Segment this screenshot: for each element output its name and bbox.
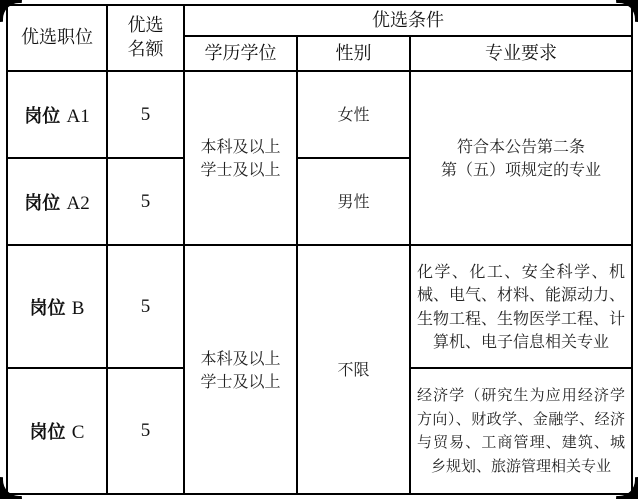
header-major: 专业要求 — [410, 36, 632, 71]
table-row: 岗位 B 5 本科及以上 学士及以上 不限 化学、化工、安全科学、机械、电气、材… — [7, 245, 632, 368]
quota-cell: 5 — [107, 368, 184, 494]
position-cell: 岗位 A2 — [7, 158, 107, 245]
major-line1: 符合本公告第二条 — [411, 135, 631, 158]
major-cell: 符合本公告第二条 第（五）项规定的专业 — [410, 71, 632, 245]
header-quota: 优选 名额 — [107, 5, 184, 71]
quota-cell: 5 — [107, 71, 184, 158]
position-code: C — [72, 422, 85, 443]
education-line2: 学士及以上 — [185, 158, 296, 181]
major-cell-b: 化学、化工、安全科学、机械、电气、材料、能源动力、生物工程、生物医学工程、计算机… — [410, 245, 632, 368]
recruitment-table: 优选职位 优选 名额 优选条件 学历学位 性别 专业要求 岗位 A1 5 本科及… — [6, 4, 633, 495]
position-prefix: 岗位 — [24, 193, 60, 214]
education-cell: 本科及以上 学士及以上 — [184, 245, 297, 494]
education-line1: 本科及以上 — [185, 347, 296, 370]
position-cell: 岗位 B — [7, 245, 107, 368]
table-row: 岗位 A1 5 本科及以上 学士及以上 女性 符合本公告第二条 第（五）项规定的… — [7, 71, 632, 158]
position-code: A1 — [67, 106, 90, 127]
header-gender: 性别 — [297, 36, 410, 71]
position-cell: 岗位 A1 — [7, 71, 107, 158]
gender-cell: 女性 — [297, 71, 410, 158]
quota-cell: 5 — [107, 158, 184, 245]
header-quota-line1: 优选 — [108, 14, 183, 38]
header-position: 优选职位 — [7, 5, 107, 71]
position-code: B — [72, 298, 85, 319]
position-prefix: 岗位 — [24, 106, 60, 127]
education-cell: 本科及以上 学士及以上 — [184, 71, 297, 245]
position-code: A2 — [67, 193, 90, 214]
header-quota-line2: 名额 — [108, 38, 183, 62]
header-conditions: 优选条件 — [184, 5, 632, 36]
position-prefix: 岗位 — [30, 298, 66, 319]
major-line2: 第（五）项规定的专业 — [411, 158, 631, 181]
gender-cell: 男性 — [297, 158, 410, 245]
gender-cell: 不限 — [297, 245, 410, 494]
position-prefix: 岗位 — [30, 422, 66, 443]
education-line1: 本科及以上 — [185, 135, 296, 158]
header-education: 学历学位 — [184, 36, 297, 71]
quota-cell: 5 — [107, 245, 184, 368]
major-cell-c: 经济学（研究生为应用经济学方向）、财政学、金融学、经济与贸易、工商管理、建筑、城… — [410, 368, 632, 494]
position-cell: 岗位 C — [7, 368, 107, 494]
education-line2: 学士及以上 — [185, 370, 296, 393]
